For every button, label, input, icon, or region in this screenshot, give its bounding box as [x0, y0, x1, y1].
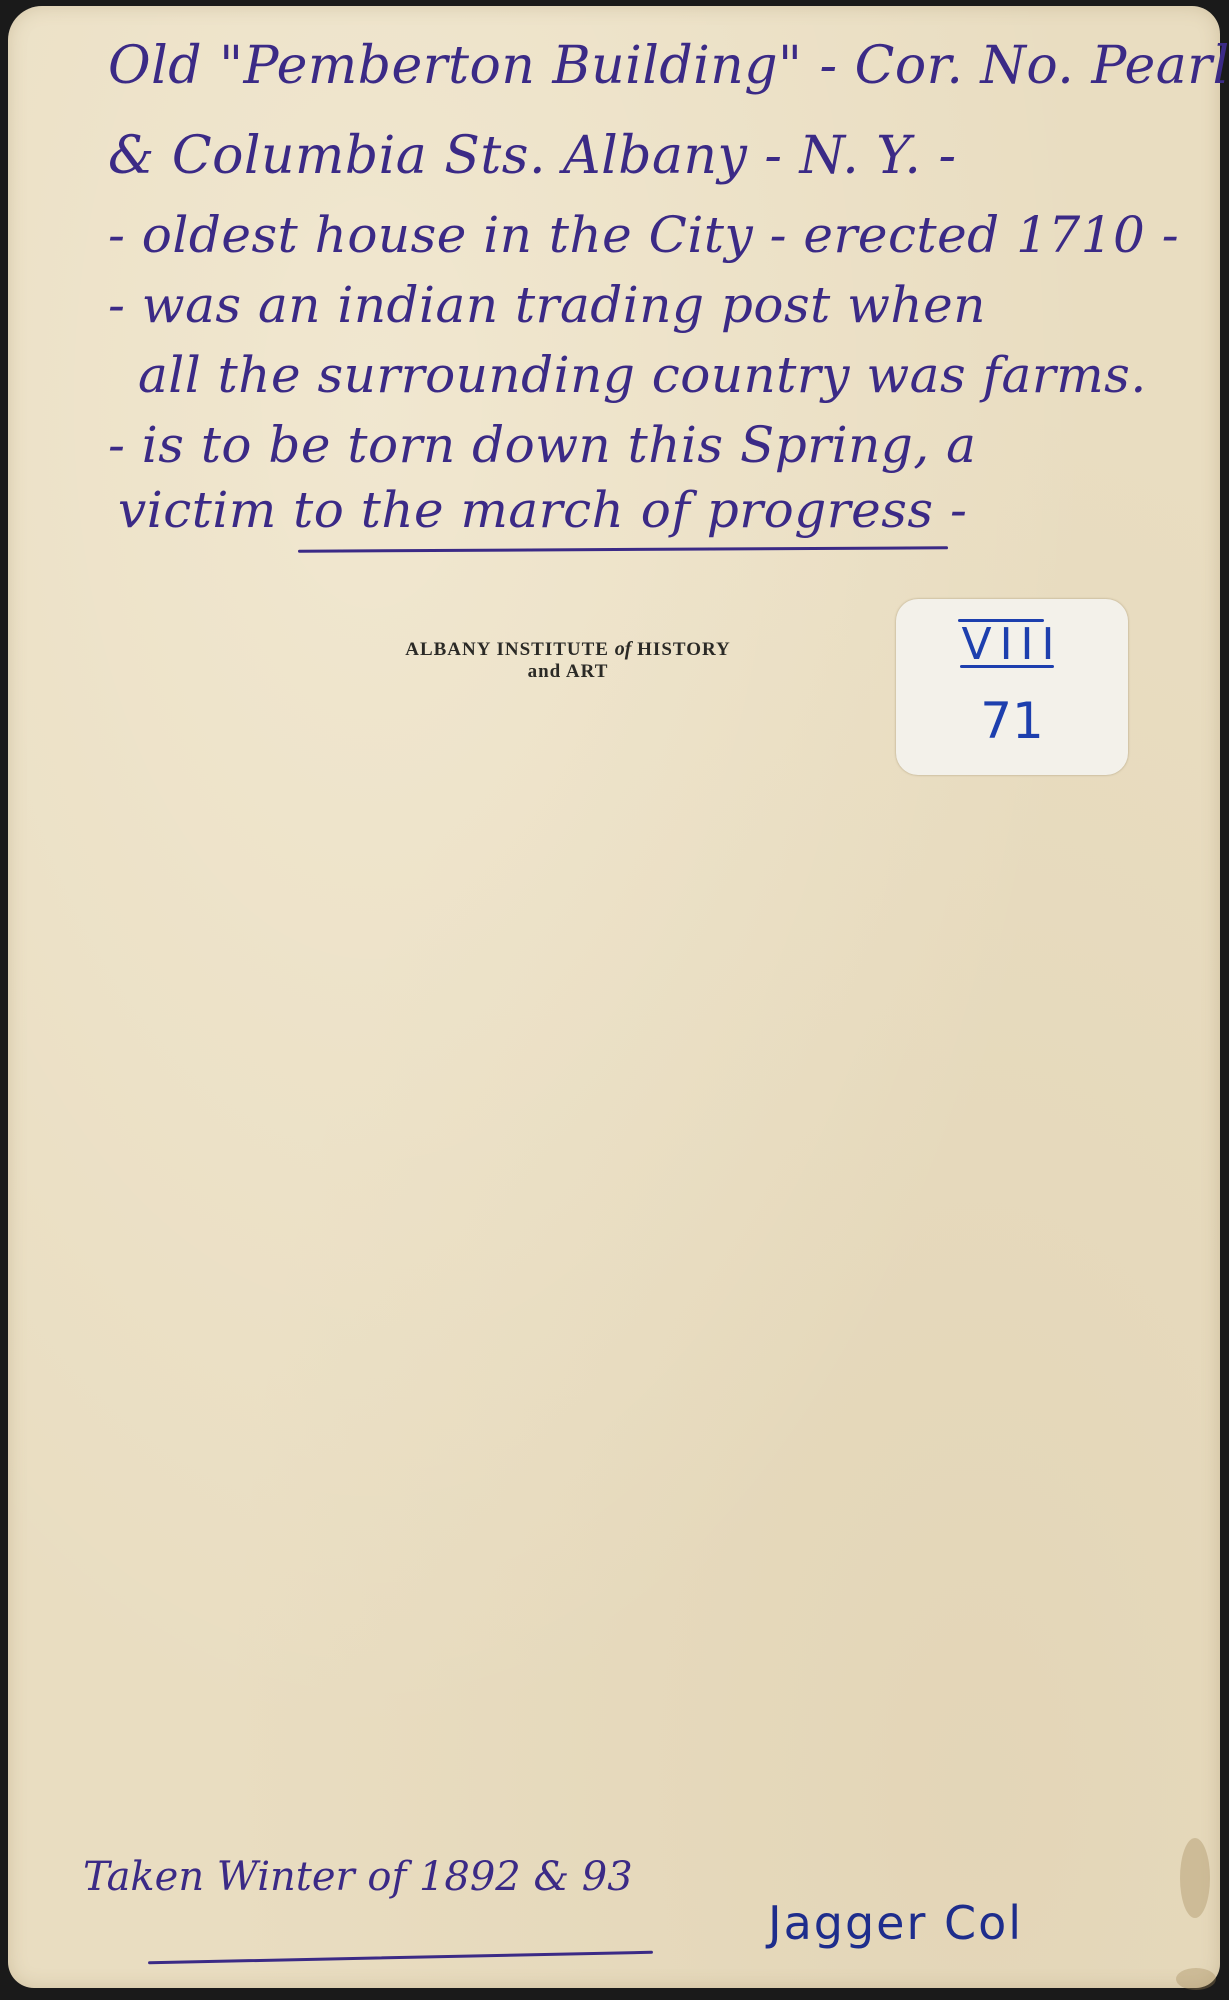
date-note-underline: [148, 1951, 653, 1965]
inscription-line-2: & Columbia Sts. Albany - N. Y. -: [108, 126, 957, 186]
inscription-line-5: all the surrounding country was farms.: [138, 346, 1147, 404]
corner-stain: [1176, 1968, 1216, 1990]
inscription-line-6: - is to be torn down this Spring, a: [108, 416, 976, 474]
stamp-history: HISTORY: [637, 639, 731, 660]
catalog-label: VIII 71: [896, 599, 1128, 775]
collection-note: Jagger Col: [768, 1896, 1023, 1950]
inscription-underline: [298, 546, 948, 552]
catalog-series-numeral: VIII: [896, 623, 1128, 667]
stamp-line-1: ALBANY INSTITUTE of HISTORY: [308, 638, 828, 661]
stamp-of: of: [615, 638, 632, 660]
catalog-item-number: 71: [896, 691, 1128, 751]
date-note: Taken Winter of 1892 & 93: [83, 1854, 633, 1900]
stamp-line-2: and ART: [308, 661, 828, 683]
stamp-institute: ALBANY INSTITUTE: [405, 639, 609, 660]
inscription-line-1: Old "Pemberton Building" - Cor. No. Pear…: [108, 36, 1229, 96]
inscription-line-3: - oldest house in the City - erected 171…: [108, 206, 1179, 264]
photo-mount-card: Old "Pemberton Building" - Cor. No. Pear…: [8, 6, 1220, 1988]
inscription-line-4: - was an indian trading post when: [108, 276, 986, 334]
institution-stamp: ALBANY INSTITUTE of HISTORY and ART: [308, 638, 828, 683]
inscription-line-7: victim to the march of progress -: [118, 481, 967, 539]
edge-stain: [1180, 1838, 1210, 1918]
